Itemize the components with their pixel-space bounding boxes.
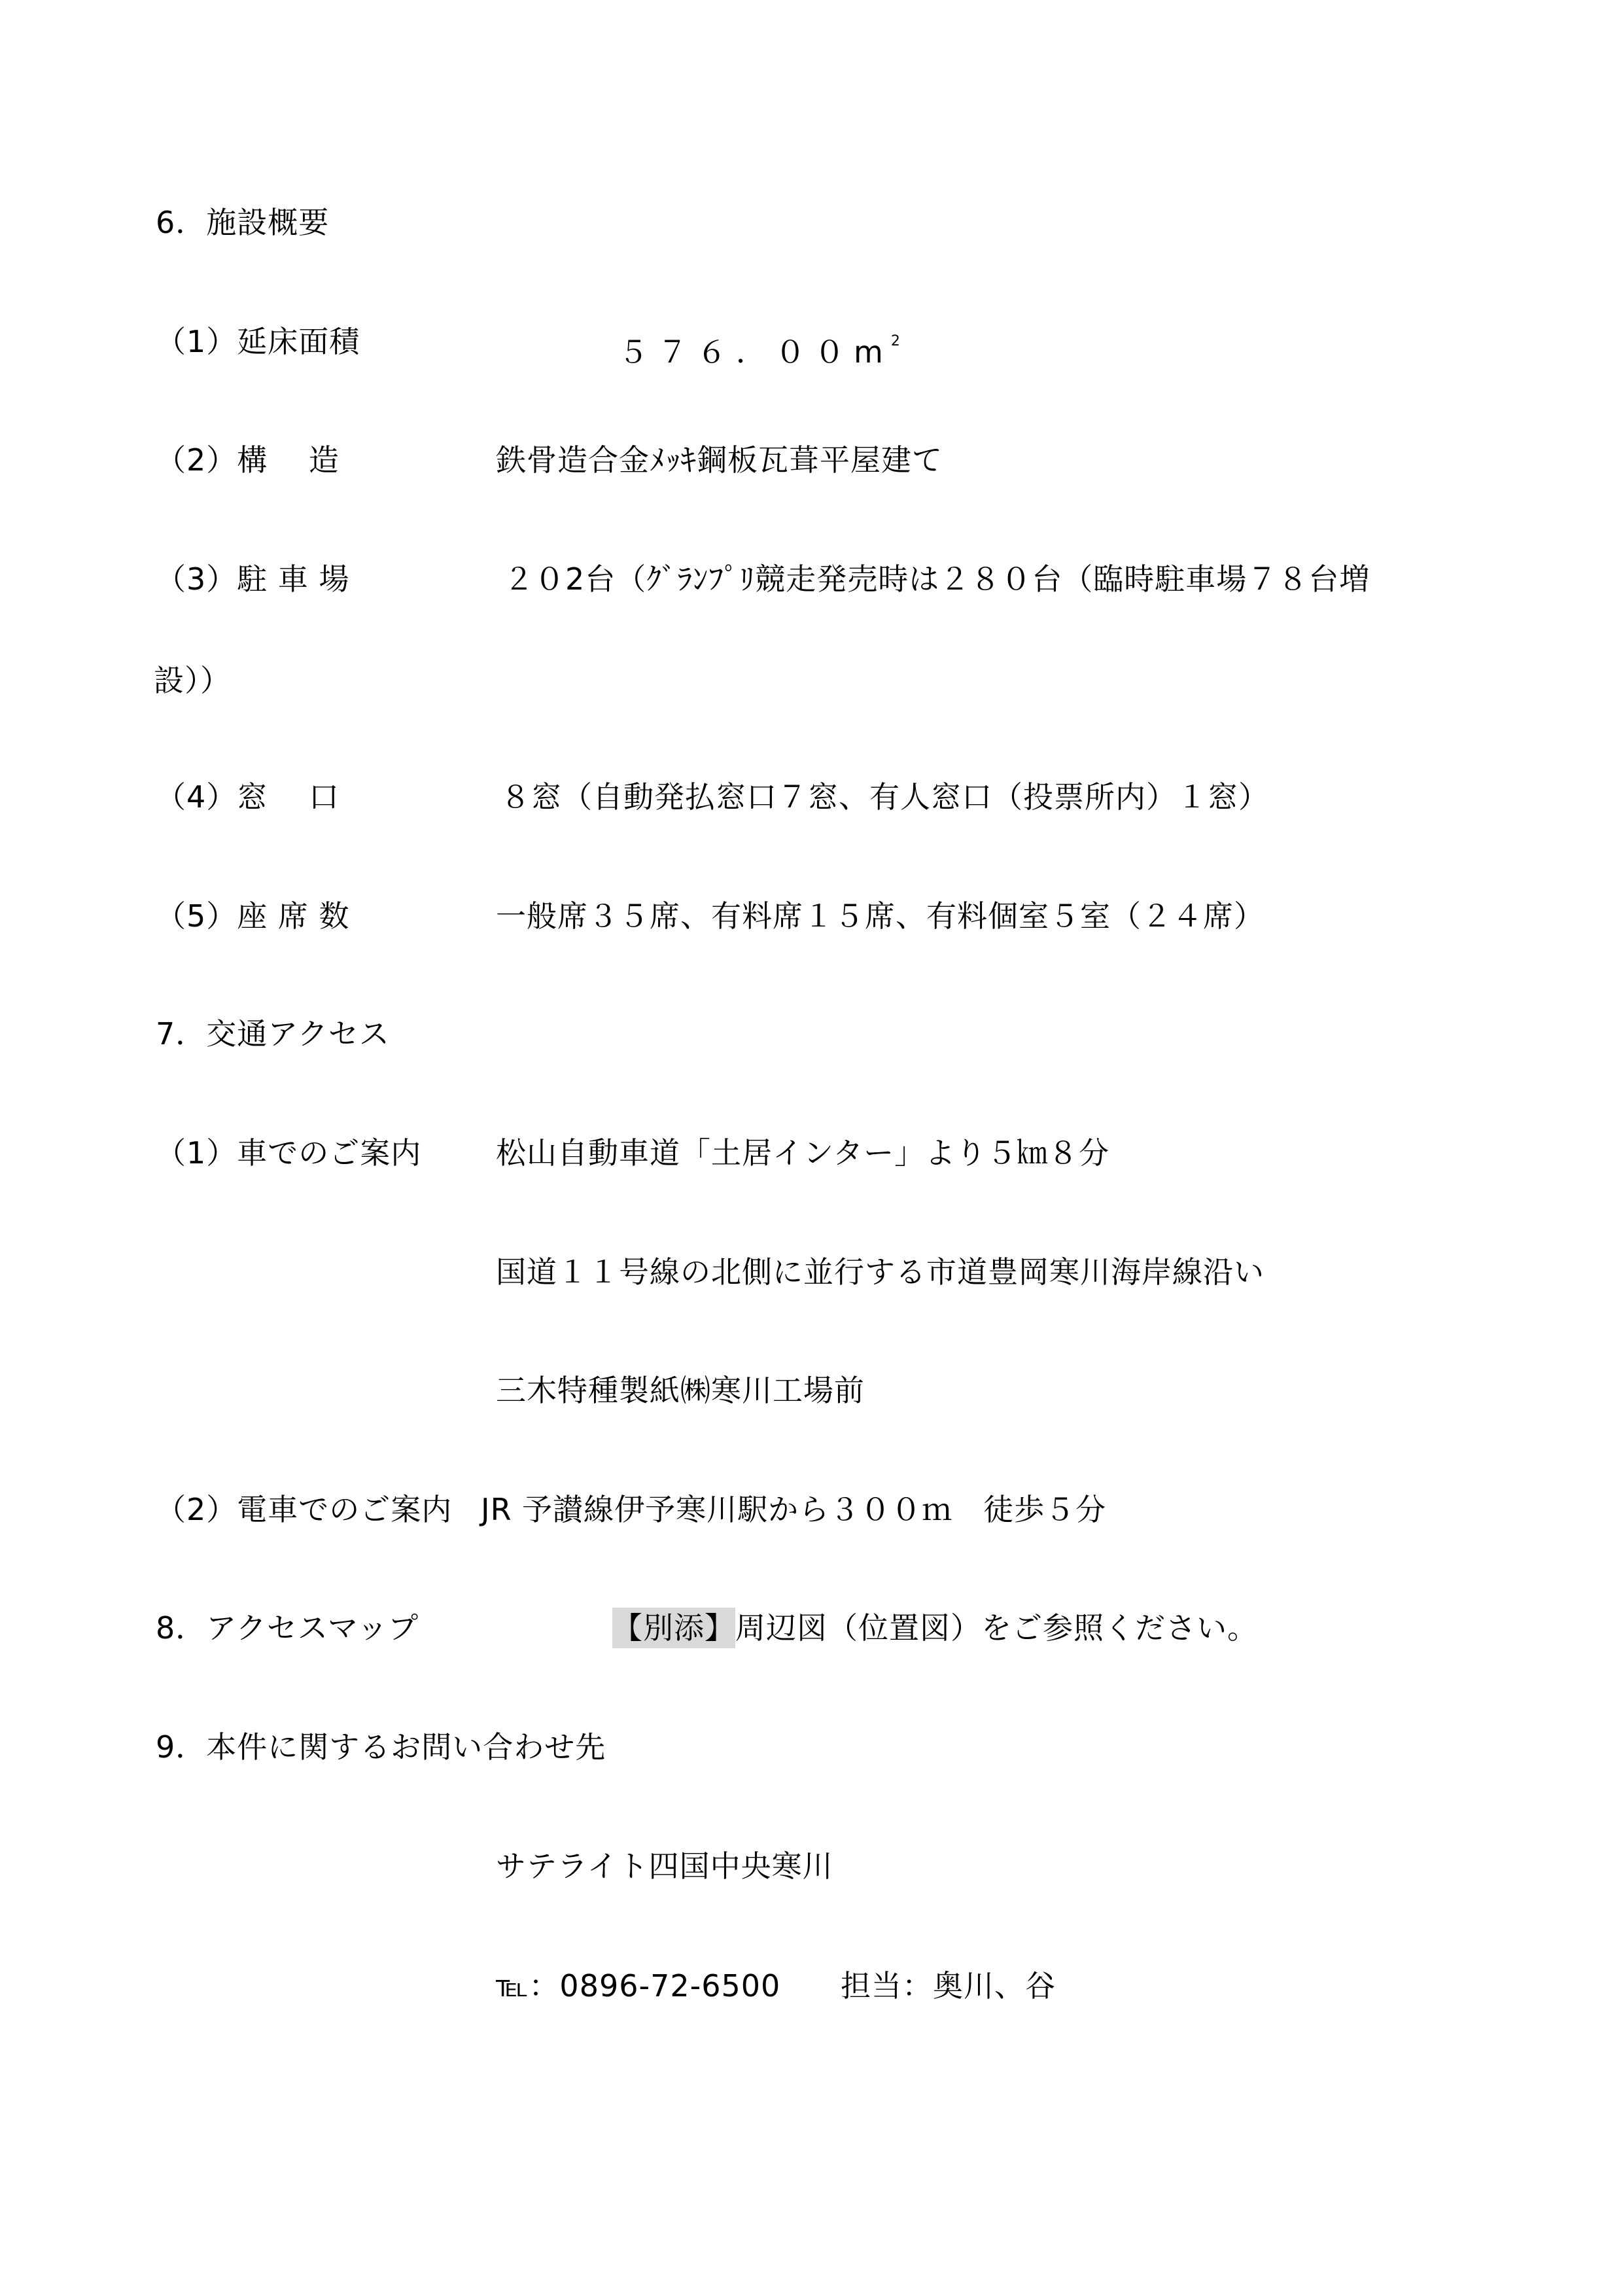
contact-phone: ℡：0896-72-6500 bbox=[496, 1960, 780, 2012]
section-map-row: 8．アクセスマップ 【別添】周辺図（位置図）をご参照ください。 bbox=[0, 1602, 1623, 1654]
contact-phone-row: ℡：0896-72-6500 担当：奥川、谷 bbox=[0, 1960, 1623, 2012]
attachment-tag: 【別添】 bbox=[612, 1608, 735, 1648]
item-label: （2）電車でのご案内 bbox=[156, 1483, 452, 1536]
map-reference-text: 周辺図（位置図）をご参照ください。 bbox=[735, 1610, 1258, 1646]
map-reference: 【別添】周辺図（位置図）をご参照ください。 bbox=[612, 1602, 1258, 1654]
item-value-continuation: 設）） bbox=[154, 654, 231, 707]
car-directions-line: 三木特種製紙㈱寒川工場前 bbox=[496, 1364, 865, 1417]
square-superscript: 2 bbox=[891, 333, 909, 349]
car-directions-line: 松山自動車道「土居インター」より５㎞８分 bbox=[496, 1127, 1109, 1179]
item-value: 一般席３５席、有料席１５席、有料個室５室（２４席） bbox=[496, 890, 1265, 942]
tel-label: ℡： bbox=[496, 1968, 559, 2004]
section-heading: 8．アクセスマップ bbox=[156, 1602, 419, 1654]
item-label: （1）延床面積 bbox=[156, 315, 360, 368]
access-row-car: （1）車でのご案内 松山自動車道「土居インター」より５㎞８分 bbox=[0, 1127, 1623, 1179]
access-row-car-2: 国道１１号線の北側に並行する市道豊岡寒川海岸線沿い bbox=[0, 1246, 1623, 1298]
item-value: ２０2台（ｸﾞﾗﾝﾌﾟﾘ競走発売時は２８０台（臨時駐車場７８台増 bbox=[504, 553, 1370, 605]
item-label: （5）座 席 数 bbox=[156, 890, 350, 942]
person-names: 奥川、谷 bbox=[933, 1968, 1056, 2004]
contact-person: 担当：奥川、谷 bbox=[841, 1960, 1056, 2012]
item-label: （1）車でのご案内 bbox=[156, 1127, 421, 1179]
item-value: ８窓（自動発払窓口７窓、有人窓口（投票所内）１窓） bbox=[500, 771, 1269, 823]
section-heading: 7．交通アクセス bbox=[156, 1008, 390, 1060]
item-label: （4）窓 口 bbox=[156, 771, 340, 823]
facility-row-parking: （3）駐 車 場 ２０2台（ｸﾞﾗﾝﾌﾟﾘ競走発売時は２８０台（臨時駐車場７８台… bbox=[0, 553, 1623, 605]
facility-row-parking-continuation: 設）） bbox=[0, 654, 1623, 707]
item-label: （3）駐 車 場 bbox=[156, 553, 350, 605]
item-label: （2）構 造 bbox=[156, 434, 340, 486]
section-facility-heading-row: 6．施設概要 bbox=[0, 196, 1623, 249]
facility-row-seats: （5）座 席 数 一般席３５席、有料席１５席、有料個室５室（２４席） bbox=[0, 890, 1623, 942]
section-access-heading-row: 7．交通アクセス bbox=[0, 1008, 1623, 1060]
contact-name-row: サテライト四国中央寒川 bbox=[0, 1840, 1623, 1892]
access-row-train: （2）電車でのご案内 JR 予讃線伊予寒川駅から３００ｍ 徒歩５分 bbox=[0, 1483, 1623, 1536]
section-contact-heading-row: 9．本件に関するお問い合わせ先 bbox=[0, 1721, 1623, 1773]
section-heading: 9．本件に関するお問い合わせ先 bbox=[156, 1721, 606, 1773]
item-value: ５７６．００m2 bbox=[618, 315, 909, 378]
contact-name: サテライト四国中央寒川 bbox=[496, 1840, 833, 1892]
facility-row-windows: （4）窓 口 ８窓（自動発払窓口７窓、有人窓口（投票所内）１窓） bbox=[0, 771, 1623, 823]
train-directions: JR 予讃線伊予寒川駅から３００ｍ 徒歩５分 bbox=[481, 1483, 1106, 1536]
tel-number: 0896-72-6500 bbox=[559, 1968, 780, 2004]
access-row-car-3: 三木特種製紙㈱寒川工場前 bbox=[0, 1364, 1623, 1417]
facility-row-floor-area: （1）延床面積 ５７６．００m2 bbox=[0, 315, 1623, 368]
person-label: 担当： bbox=[841, 1968, 933, 2004]
facility-row-structure: （2）構 造 鉄骨造合金ﾒｯｷ鋼板瓦葺平屋建て bbox=[0, 434, 1623, 486]
section-heading: 6．施設概要 bbox=[156, 196, 329, 249]
item-value: 鉄骨造合金ﾒｯｷ鋼板瓦葺平屋建て bbox=[496, 434, 943, 486]
car-directions-line: 国道１１号線の北側に並行する市道豊岡寒川海岸線沿い bbox=[496, 1246, 1265, 1298]
